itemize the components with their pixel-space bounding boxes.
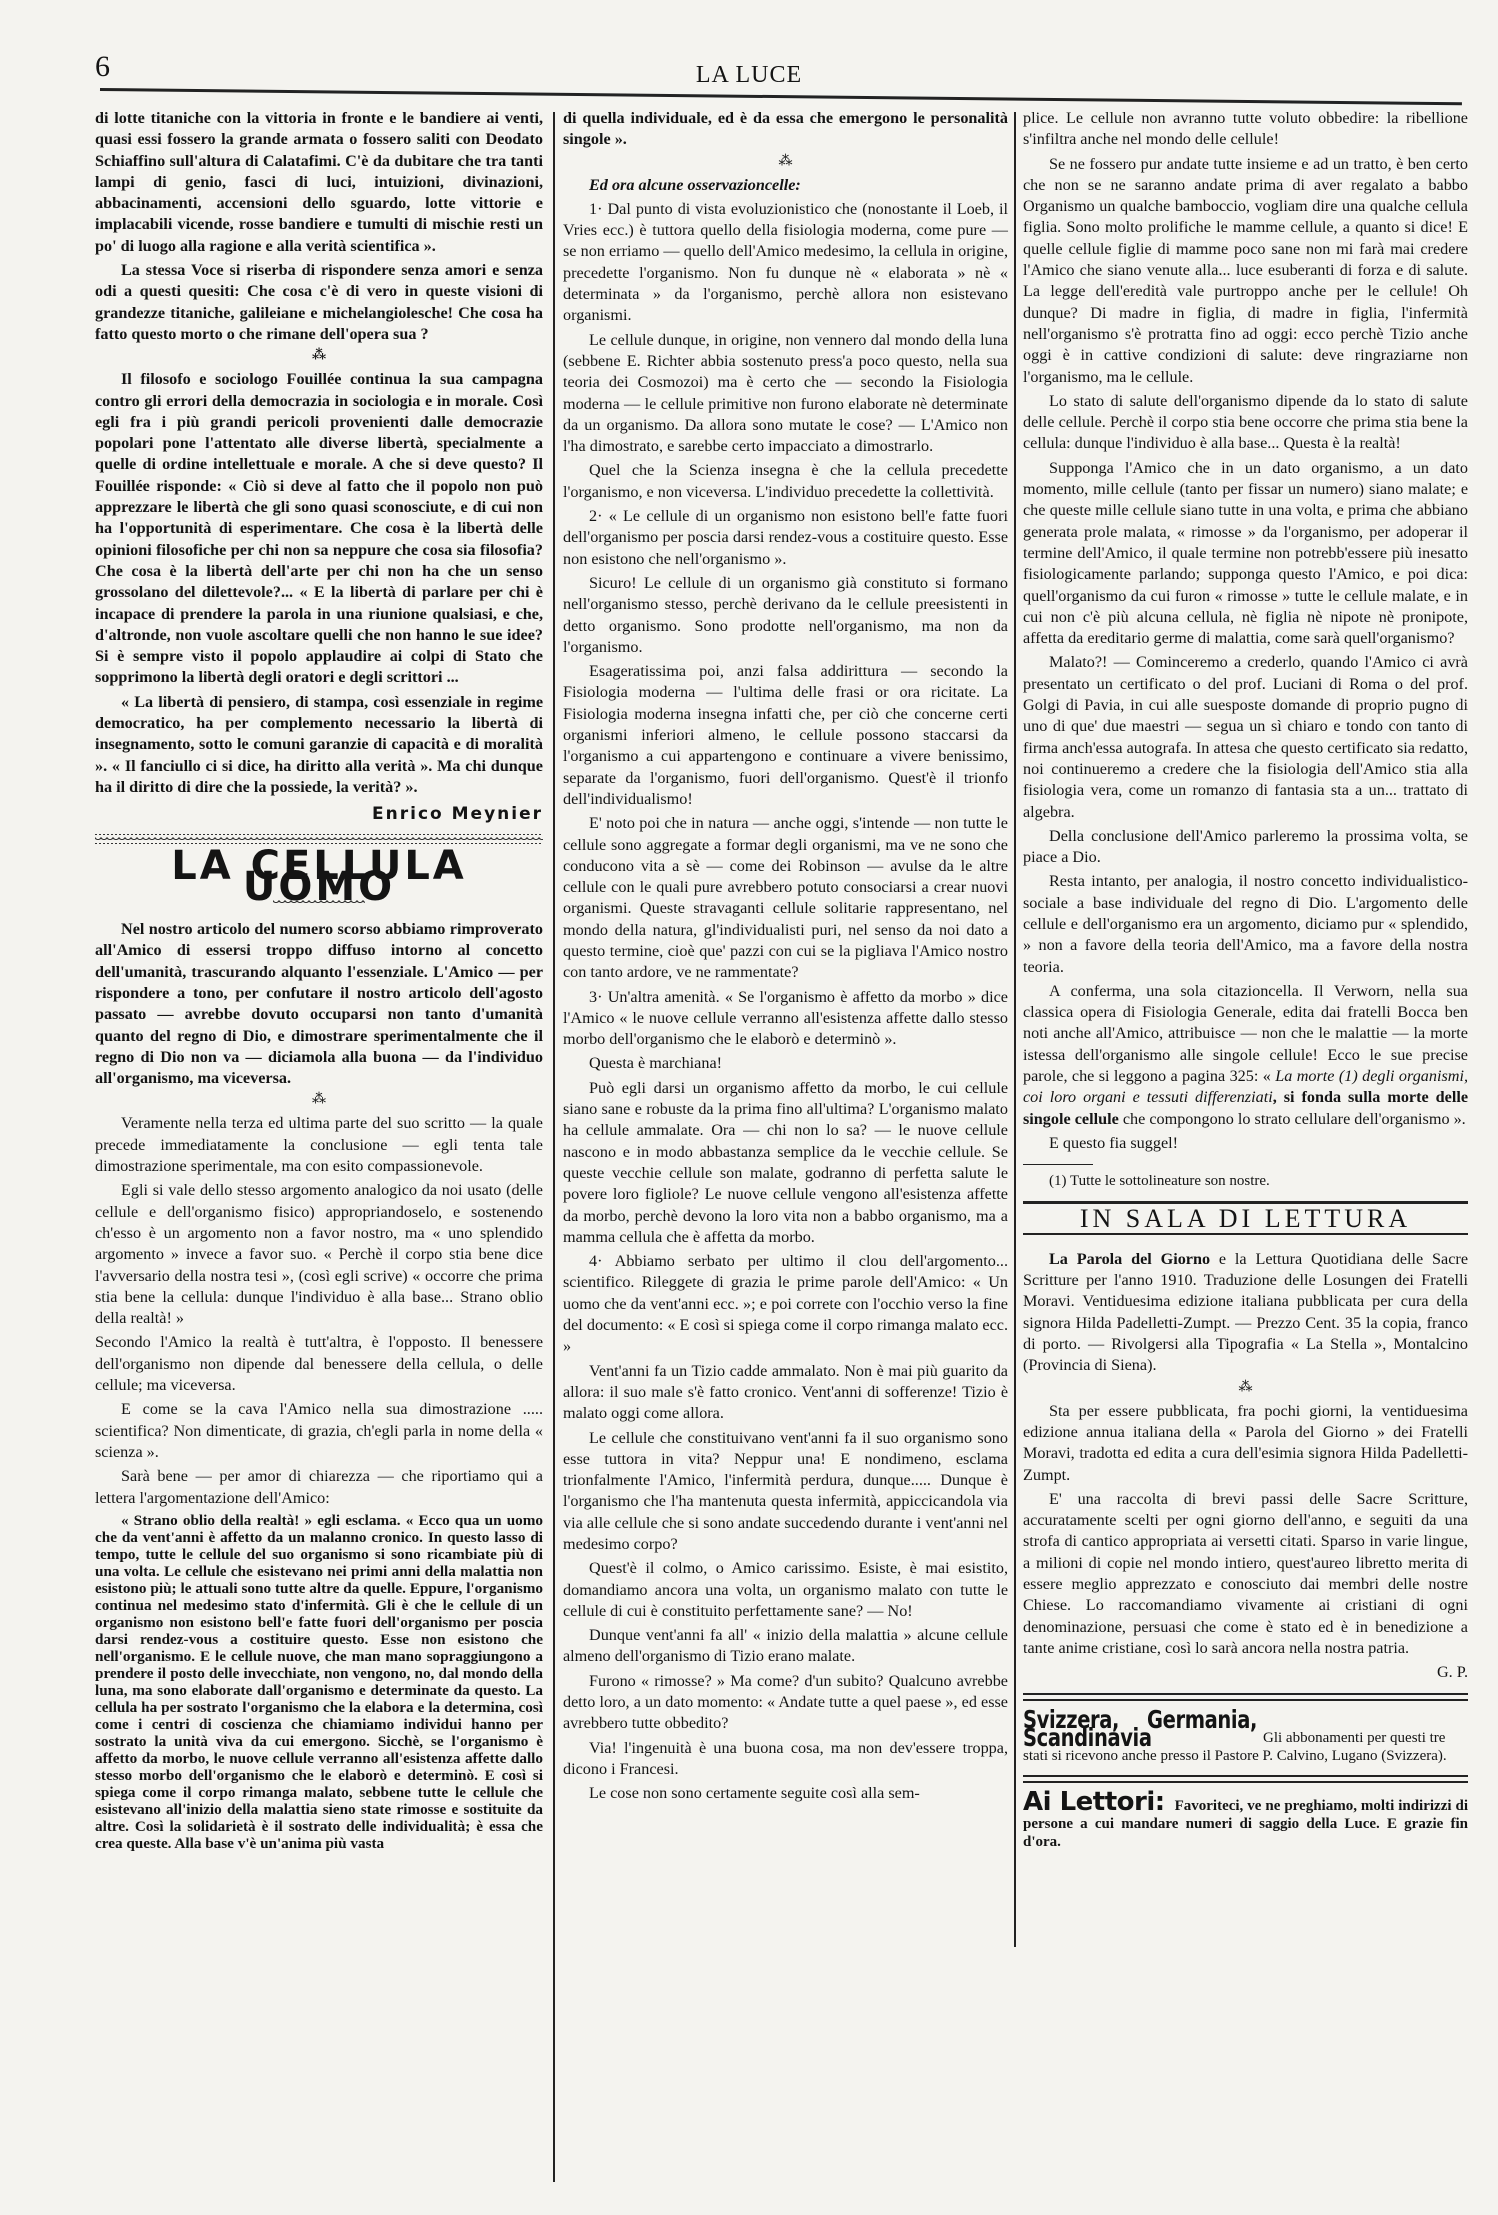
paragraph: Sicuro! Le cellule di un organismo già c… (563, 573, 1008, 658)
paragraph: Le cose non sono certamente seguite così… (563, 1783, 1008, 1804)
paragraph: Quel che la Scienza insegna è che la cel… (563, 460, 1008, 503)
advertisement: Svizzera, Germania, Scandinavia Gli abbo… (1023, 1711, 1468, 1765)
paragraph: A conferma, una sola citazioncella. Il V… (1023, 981, 1468, 1130)
footnote-rule (1023, 1164, 1093, 1165)
paragraph: Lo stato di salute dell'organismo dipend… (1023, 391, 1468, 455)
column-2: di quella individuale, ed è da essa che … (563, 108, 1008, 1808)
paragraph: Egli si vale dello stesso argomento anal… (95, 1180, 543, 1329)
wavy-divider (95, 834, 543, 844)
paragraph: Sta per essere pubblicata, fra pochi gio… (1023, 1401, 1468, 1486)
subheading: Ed ora alcune osservazioncelle: (563, 175, 1008, 196)
paragraph: Dunque vent'anni fa all' « inizio della … (563, 1625, 1008, 1668)
advertisement: Ai Lettori: Favoriteci, ve ne preghiamo,… (1023, 1793, 1468, 1851)
paragraph: E come se la cava l'Amico nella sua dimo… (95, 1399, 543, 1463)
paragraph: Via! l'ingenuità è una buona cosa, ma no… (563, 1738, 1008, 1781)
paragraph: Quest'è il colmo, o Amico carissimo. Esi… (563, 1558, 1008, 1622)
paragraph: 1· Dal punto di vista evoluzionistico ch… (563, 199, 1008, 327)
paragraph: di lotte titaniche con la vittoria in fr… (95, 108, 543, 257)
paragraph: Veramente nella terza ed ultima parte de… (95, 1113, 543, 1177)
signature: Enrico Meynier (95, 804, 543, 825)
text: e la Lettura Quotidiana delle Sacre Scri… (1023, 1250, 1468, 1374)
paragraph: Nel nostro articolo del numero scorso ab… (95, 919, 543, 1089)
paragraph: « La libertà di pensiero, di stampa, cos… (95, 692, 543, 798)
asterism-icon: ⁂ (1023, 1381, 1468, 1395)
paragraph: E questo fia suggel! (1023, 1133, 1468, 1154)
asterism-icon: ⁂ (563, 155, 1008, 169)
paragraph: Secondo l'Amico la realtà è tutt'altra, … (95, 1332, 543, 1396)
paragraph: di quella individuale, ed è da essa che … (563, 108, 1008, 151)
paragraph: Furono « rimosse? » Ma come? d'un subito… (563, 1671, 1008, 1735)
paragraph: Vent'anni fa un Tizio cadde ammalato. No… (563, 1361, 1008, 1425)
paragraph: 4· Abbiamo serbato per ultimo il clou de… (563, 1251, 1008, 1357)
header-rule (100, 88, 1462, 105)
signature: G. P. (1023, 1662, 1468, 1683)
divider (1023, 1775, 1468, 1783)
paragraph: E' noto poi che in natura — anche oggi, … (563, 813, 1008, 983)
paragraph: Malato?! — Cominceremo a crederlo, quand… (1023, 652, 1468, 822)
column-1: di lotte titaniche con la vittoria in fr… (95, 108, 543, 1855)
paragraph: Se ne fossero pur andate tutte insieme e… (1023, 154, 1468, 388)
text: che compongono lo strato cellulare dell'… (1119, 1110, 1466, 1128)
paragraph: E' una raccolta di brevi passi delle Sac… (1023, 1489, 1468, 1659)
paragraph: Le cellule che constituivano vent'anni f… (563, 1428, 1008, 1556)
paragraph: La Parola del Giorno e la Lettura Quotid… (1023, 1249, 1468, 1377)
paragraph: Le cellule dunque, in origine, non venne… (563, 330, 1008, 458)
paragraph: Può egli darsi un organismo affetto da m… (563, 1078, 1008, 1248)
ad-headline: Svizzera, Germania, Scandinavia (1023, 1711, 1257, 1747)
paragraph: Questa è marchiana! (563, 1053, 1008, 1074)
paragraph: Esageratissima poi, anzi falsa addirittu… (563, 661, 1008, 810)
divider (1023, 1693, 1468, 1701)
paragraph: Resta intanto, per analogia, il nostro c… (1023, 871, 1468, 977)
paragraph: 2· « Le cellule di un organismo non esis… (563, 506, 1008, 570)
paragraph: La stessa Voce si riserba di rispondere … (95, 260, 543, 345)
paragraph: plice. Le cellule non avranno tutte volu… (1023, 108, 1468, 151)
paragraph: Della conclusione dell'Amico parleremo l… (1023, 826, 1468, 869)
footnote: (1) Tutte le sottolineature son nostre. (1023, 1171, 1468, 1192)
paragraph: 3· Un'altra amenità. « Se l'organismo è … (563, 987, 1008, 1051)
ad-text: Gli abbonamenti per questi tre (1263, 1729, 1468, 1747)
block-quote: « Strano oblio della realtà! » egli escl… (95, 1512, 543, 1852)
masthead-title: LA LUCE (0, 62, 1498, 89)
book-title: La Parola del Giorno (1049, 1250, 1210, 1268)
column-3: plice. Le cellule non avranno tutte volu… (1023, 108, 1468, 1851)
paragraph: Il filosofo e sociologo Fouillée continu… (95, 369, 543, 688)
asterism-icon: ⁂ (95, 1093, 543, 1107)
paragraph: Supponga l'Amico che in un dato organism… (1023, 458, 1468, 650)
ad-headline: Ai Lettori: (1023, 1793, 1165, 1811)
column-divider (553, 112, 555, 2182)
article-title: LA CELLULA UOMO (95, 856, 543, 899)
asterism-icon: ⁂ (95, 349, 543, 363)
paragraph: Sarà bene — per amor di chiarezza — che … (95, 1466, 543, 1509)
column-divider (1014, 112, 1016, 1947)
section-title: IN SALA DI LETTURA (1023, 1201, 1468, 1235)
